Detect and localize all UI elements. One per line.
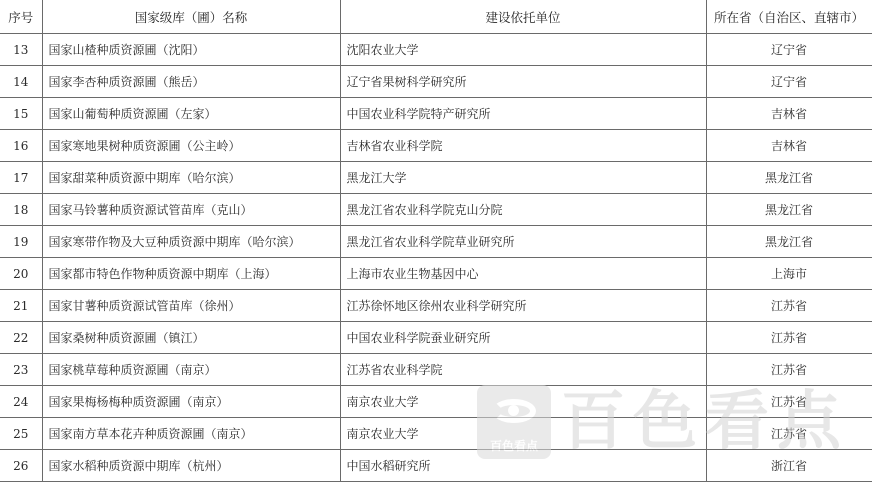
cell-province: 吉林省 (706, 130, 872, 162)
cell-unit: 中国水稻研究所 (340, 450, 706, 482)
cell-no: 26 (0, 450, 42, 482)
cell-unit: 中国农业科学院特产研究所 (340, 98, 706, 130)
table-header-row: 序号 国家级库（圃）名称 建设依托单位 所在省（自治区、直辖市） (0, 0, 872, 34)
cell-no: 24 (0, 386, 42, 418)
table-row: 25 国家南方草本花卉种质资源圃（南京） 南京农业大学 江苏省 (0, 418, 872, 450)
cell-name: 国家甜菜种质资源中期库（哈尔滨） (42, 162, 340, 194)
germplasm-table: 序号 国家级库（圃）名称 建设依托单位 所在省（自治区、直辖市） 13 国家山楂… (0, 0, 872, 482)
cell-unit: 黑龙江大学 (340, 162, 706, 194)
cell-province: 辽宁省 (706, 66, 872, 98)
cell-name: 国家马铃薯种质资源试管苗库（克山） (42, 194, 340, 226)
cell-unit: 南京农业大学 (340, 386, 706, 418)
cell-name: 国家水稻种质资源中期库（杭州） (42, 450, 340, 482)
table-row: 24 国家果梅杨梅种质资源圃（南京） 南京农业大学 江苏省 (0, 386, 872, 418)
cell-unit: 江苏徐怀地区徐州农业科学研究所 (340, 290, 706, 322)
cell-province: 黑龙江省 (706, 194, 872, 226)
table-row: 21 国家甘薯种质资源试管苗库（徐州） 江苏徐怀地区徐州农业科学研究所 江苏省 (0, 290, 872, 322)
cell-unit: 吉林省农业科学院 (340, 130, 706, 162)
cell-no: 20 (0, 258, 42, 290)
cell-province: 江苏省 (706, 290, 872, 322)
cell-province: 上海市 (706, 258, 872, 290)
cell-province: 吉林省 (706, 98, 872, 130)
table-row: 18 国家马铃薯种质资源试管苗库（克山） 黑龙江省农业科学院克山分院 黑龙江省 (0, 194, 872, 226)
cell-no: 19 (0, 226, 42, 258)
cell-unit: 辽宁省果树科学研究所 (340, 66, 706, 98)
cell-no: 22 (0, 322, 42, 354)
cell-unit: 南京农业大学 (340, 418, 706, 450)
cell-province: 黑龙江省 (706, 162, 872, 194)
cell-province: 浙江省 (706, 450, 872, 482)
cell-no: 23 (0, 354, 42, 386)
cell-name: 国家甘薯种质资源试管苗库（徐州） (42, 290, 340, 322)
header-unit: 建设依托单位 (340, 0, 706, 34)
header-province: 所在省（自治区、直辖市） (706, 0, 872, 34)
cell-no: 14 (0, 66, 42, 98)
table-row: 13 国家山楂种质资源圃（沈阳） 沈阳农业大学 辽宁省 (0, 34, 872, 66)
cell-name: 国家果梅杨梅种质资源圃（南京） (42, 386, 340, 418)
cell-no: 25 (0, 418, 42, 450)
cell-no: 17 (0, 162, 42, 194)
cell-unit: 黑龙江省农业科学院草业研究所 (340, 226, 706, 258)
cell-no: 16 (0, 130, 42, 162)
cell-unit: 江苏省农业科学院 (340, 354, 706, 386)
cell-name: 国家山楂种质资源圃（沈阳） (42, 34, 340, 66)
cell-unit: 黑龙江省农业科学院克山分院 (340, 194, 706, 226)
cell-unit: 沈阳农业大学 (340, 34, 706, 66)
cell-name: 国家桑树种质资源圃（镇江） (42, 322, 340, 354)
cell-name: 国家山葡萄种质资源圃（左家） (42, 98, 340, 130)
cell-no: 18 (0, 194, 42, 226)
cell-name: 国家寒带作物及大豆种质资源中期库（哈尔滨） (42, 226, 340, 258)
cell-province: 江苏省 (706, 354, 872, 386)
cell-unit: 中国农业科学院蚕业研究所 (340, 322, 706, 354)
cell-no: 13 (0, 34, 42, 66)
table-row: 22 国家桑树种质资源圃（镇江） 中国农业科学院蚕业研究所 江苏省 (0, 322, 872, 354)
cell-province: 江苏省 (706, 418, 872, 450)
table-row: 26 国家水稻种质资源中期库（杭州） 中国水稻研究所 浙江省 (0, 450, 872, 482)
table-row: 17 国家甜菜种质资源中期库（哈尔滨） 黑龙江大学 黑龙江省 (0, 162, 872, 194)
table-row: 15 国家山葡萄种质资源圃（左家） 中国农业科学院特产研究所 吉林省 (0, 98, 872, 130)
cell-province: 江苏省 (706, 322, 872, 354)
cell-name: 国家寒地果树种质资源圃（公主岭） (42, 130, 340, 162)
table-row: 23 国家桃草莓种质资源圃（南京） 江苏省农业科学院 江苏省 (0, 354, 872, 386)
table-row: 19 国家寒带作物及大豆种质资源中期库（哈尔滨） 黑龙江省农业科学院草业研究所 … (0, 226, 872, 258)
table-row: 20 国家都市特色作物种质资源中期库（上海） 上海市农业生物基因中心 上海市 (0, 258, 872, 290)
cell-province: 江苏省 (706, 386, 872, 418)
cell-no: 15 (0, 98, 42, 130)
table-row: 14 国家李杏种质资源圃（熊岳） 辽宁省果树科学研究所 辽宁省 (0, 66, 872, 98)
cell-name: 国家李杏种质资源圃（熊岳） (42, 66, 340, 98)
header-name: 国家级库（圃）名称 (42, 0, 340, 34)
cell-name: 国家桃草莓种质资源圃（南京） (42, 354, 340, 386)
cell-name: 国家都市特色作物种质资源中期库（上海） (42, 258, 340, 290)
cell-no: 21 (0, 290, 42, 322)
header-no: 序号 (0, 0, 42, 34)
cell-unit: 上海市农业生物基因中心 (340, 258, 706, 290)
cell-name: 国家南方草本花卉种质资源圃（南京） (42, 418, 340, 450)
cell-province: 黑龙江省 (706, 226, 872, 258)
cell-province: 辽宁省 (706, 34, 872, 66)
table-row: 16 国家寒地果树种质资源圃（公主岭） 吉林省农业科学院 吉林省 (0, 130, 872, 162)
